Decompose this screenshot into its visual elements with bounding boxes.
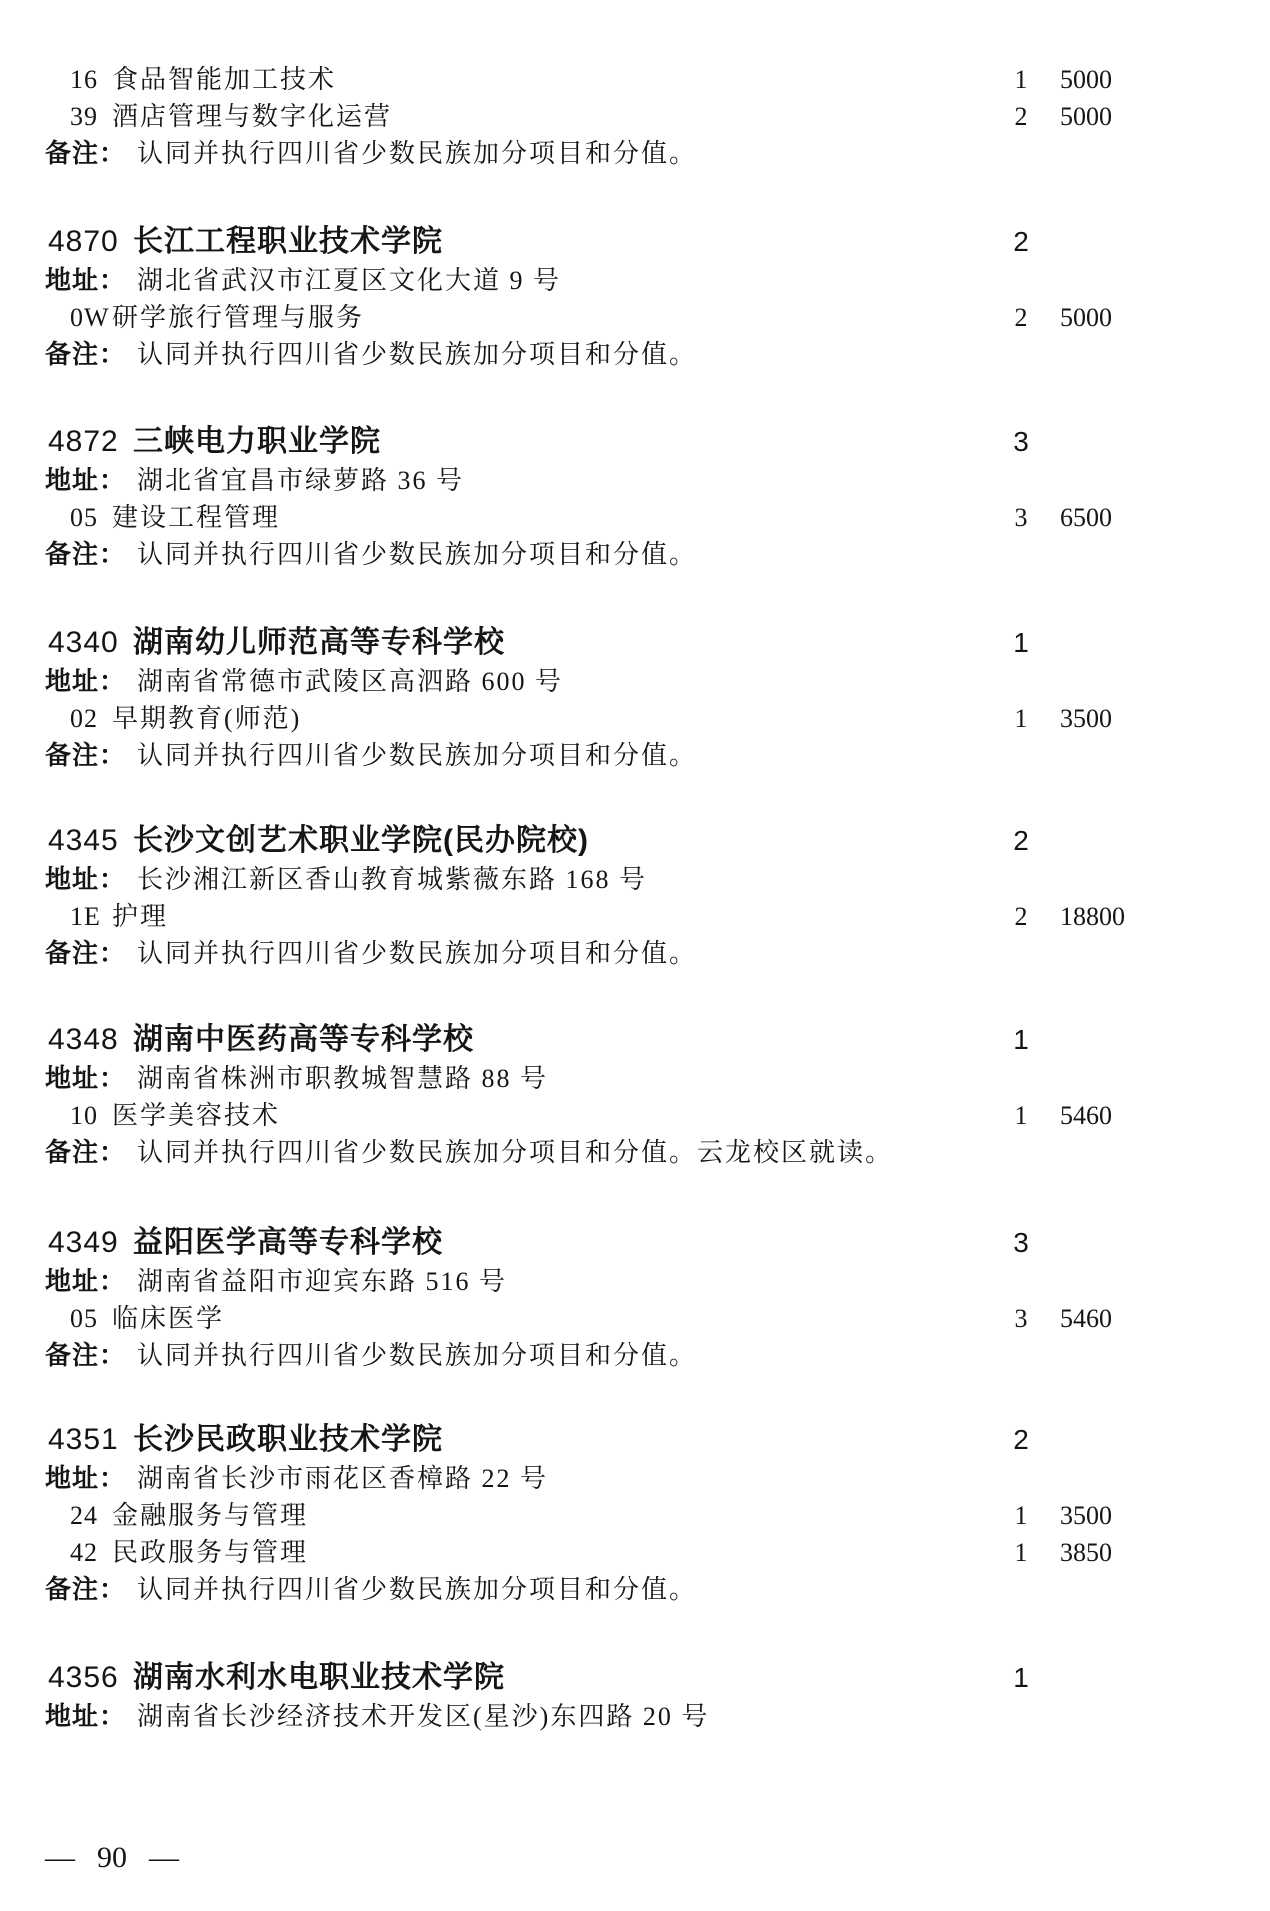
program-name: 酒店管理与数字化运营 bbox=[112, 98, 392, 135]
address-text: 湖南省长沙市雨花区香樟路 22 号 bbox=[137, 1460, 548, 1497]
program-count: 2 bbox=[1000, 898, 1042, 935]
college-block: 4349 益阳医学高等专科学校 3 地址： 湖南省益阳市迎宾东路 516 号 0… bbox=[0, 1223, 1270, 1374]
program-fee: 5000 bbox=[1060, 299, 1112, 336]
program-count: 1 bbox=[1000, 1097, 1042, 1134]
address-row: 地址： 湖北省宜昌市绿萝路 36 号 bbox=[0, 462, 1270, 499]
college-name: 三峡电力职业学院 bbox=[133, 422, 381, 462]
college-name: 长沙民政职业技术学院 bbox=[133, 1420, 443, 1460]
remark-label: 备注： bbox=[45, 1571, 126, 1608]
remark-label: 备注： bbox=[45, 935, 126, 972]
remark-row: 备注： 认同并执行四川省少数民族加分项目和分值。 bbox=[0, 135, 1270, 172]
address-text: 长沙湘江新区香山教育城紫薇东路 168 号 bbox=[137, 861, 647, 898]
program-row: 0W 研学旅行管理与服务 2 5000 bbox=[0, 299, 1270, 336]
college-name: 益阳医学高等专科学校 bbox=[133, 1223, 443, 1263]
address-text: 湖南省益阳市迎宾东路 516 号 bbox=[137, 1263, 507, 1300]
program-code: 1E bbox=[70, 898, 101, 935]
college-name: 湖南幼儿师范高等专科学校 bbox=[133, 623, 505, 663]
remark-row: 备注： 认同并执行四川省少数民族加分项目和分值。云龙校区就读。 bbox=[0, 1134, 1270, 1171]
program-fee: 5000 bbox=[1060, 98, 1112, 135]
college-code: 4870 bbox=[48, 222, 119, 262]
program-fee: 3850 bbox=[1060, 1534, 1112, 1571]
address-row: 地址： 湖南省长沙市雨花区香樟路 22 号 bbox=[0, 1460, 1270, 1497]
address-text: 湖南省株洲市职教城智慧路 88 号 bbox=[137, 1060, 548, 1097]
remark-text: 认同并执行四川省少数民族加分项目和分值。 bbox=[137, 935, 697, 972]
address-label: 地址： bbox=[45, 663, 126, 700]
address-row: 地址： 湖北省武汉市江夏区文化大道 9 号 bbox=[0, 262, 1270, 299]
program-fee: 5000 bbox=[1060, 61, 1112, 98]
remark-text: 认同并执行四川省少数民族加分项目和分值。 bbox=[137, 336, 697, 373]
college-plan-count: 1 bbox=[1000, 623, 1042, 663]
program-code: 24 bbox=[70, 1497, 98, 1534]
program-row: 02 早期教育(师范) 1 3500 bbox=[0, 700, 1270, 737]
college-code: 4351 bbox=[48, 1420, 119, 1460]
college-block: 4356 湖南水利水电职业技术学院 1 地址： 湖南省长沙经济技术开发区(星沙)… bbox=[0, 1658, 1270, 1735]
remark-row: 备注： 认同并执行四川省少数民族加分项目和分值。 bbox=[0, 536, 1270, 573]
college-plan-count: 1 bbox=[1000, 1658, 1042, 1698]
college-block: 4351 长沙民政职业技术学院 2 地址： 湖南省长沙市雨花区香樟路 22 号 … bbox=[0, 1420, 1270, 1608]
college-header-row: 4872 三峡电力职业学院 3 bbox=[0, 422, 1270, 462]
program-count: 2 bbox=[1000, 98, 1042, 135]
address-text: 湖北省宜昌市绿萝路 36 号 bbox=[137, 462, 464, 499]
program-fee: 3500 bbox=[1060, 1497, 1112, 1534]
program-name: 民政服务与管理 bbox=[112, 1534, 308, 1571]
program-count: 1 bbox=[1000, 1534, 1042, 1571]
address-label: 地址： bbox=[45, 861, 126, 898]
program-count: 2 bbox=[1000, 299, 1042, 336]
college-plan-count: 2 bbox=[1000, 222, 1042, 262]
program-fee: 6500 bbox=[1060, 499, 1112, 536]
remark-row: 备注： 认同并执行四川省少数民族加分项目和分值。 bbox=[0, 336, 1270, 373]
footer-page-number: 90 bbox=[97, 1840, 127, 1876]
program-code: 42 bbox=[70, 1534, 98, 1571]
college-header-row: 4345 长沙文创艺术职业学院(民办院校) 2 bbox=[0, 821, 1270, 861]
college-code: 4356 bbox=[48, 1658, 119, 1698]
college-header-row: 4340 湖南幼儿师范高等专科学校 1 bbox=[0, 623, 1270, 663]
remark-row: 备注： 认同并执行四川省少数民族加分项目和分值。 bbox=[0, 1571, 1270, 1608]
college-name: 湖南水利水电职业技术学院 bbox=[133, 1658, 505, 1698]
college-name: 长沙文创艺术职业学院(民办院校) bbox=[133, 821, 589, 861]
program-name: 医学美容技术 bbox=[112, 1097, 280, 1134]
program-count: 3 bbox=[1000, 1300, 1042, 1337]
remark-row: 备注： 认同并执行四川省少数民族加分项目和分值。 bbox=[0, 737, 1270, 774]
remark-row: 备注： 认同并执行四川省少数民族加分项目和分值。 bbox=[0, 935, 1270, 972]
program-name: 研学旅行管理与服务 bbox=[112, 299, 364, 336]
address-text: 湖南省长沙经济技术开发区(星沙)东四路 20 号 bbox=[137, 1698, 709, 1735]
program-code: 05 bbox=[70, 499, 98, 536]
program-row: 39 酒店管理与数字化运营 2 5000 bbox=[0, 98, 1270, 135]
program-name: 早期教育(师范) bbox=[112, 700, 301, 737]
remark-label: 备注： bbox=[45, 536, 126, 573]
remark-label: 备注： bbox=[45, 336, 126, 373]
program-fee: 5460 bbox=[1060, 1097, 1112, 1134]
remark-label: 备注： bbox=[45, 1337, 126, 1374]
footer-dash-right: — bbox=[149, 1840, 179, 1876]
remark-label: 备注： bbox=[45, 1134, 126, 1171]
program-row: 16 食品智能加工技术 1 5000 bbox=[0, 61, 1270, 98]
college-code: 4340 bbox=[48, 623, 119, 663]
program-name: 建设工程管理 bbox=[112, 499, 280, 536]
program-count: 1 bbox=[1000, 700, 1042, 737]
college-plan-count: 3 bbox=[1000, 1223, 1042, 1263]
address-label: 地址： bbox=[45, 1060, 126, 1097]
remark-text: 认同并执行四川省少数民族加分项目和分值。云龙校区就读。 bbox=[137, 1134, 893, 1171]
remark-label: 备注： bbox=[45, 135, 126, 172]
address-text: 湖南省常德市武陵区高泗路 600 号 bbox=[137, 663, 563, 700]
college-header-row: 4870 长江工程职业技术学院 2 bbox=[0, 222, 1270, 262]
address-label: 地址： bbox=[45, 1460, 126, 1497]
program-name: 食品智能加工技术 bbox=[112, 61, 336, 98]
address-label: 地址： bbox=[45, 262, 126, 299]
address-row: 地址： 湖南省常德市武陵区高泗路 600 号 bbox=[0, 663, 1270, 700]
page-footer: — 90 — bbox=[45, 1840, 179, 1876]
college-name: 长江工程职业技术学院 bbox=[133, 222, 443, 262]
address-row: 地址： 长沙湘江新区香山教育城紫薇东路 168 号 bbox=[0, 861, 1270, 898]
address-row: 地址： 湖南省长沙经济技术开发区(星沙)东四路 20 号 bbox=[0, 1698, 1270, 1735]
program-row: 1E 护理 2 18800 bbox=[0, 898, 1270, 935]
program-fee: 5460 bbox=[1060, 1300, 1112, 1337]
address-label: 地址： bbox=[45, 1698, 126, 1735]
program-code: 02 bbox=[70, 700, 98, 737]
program-fee: 3500 bbox=[1060, 700, 1112, 737]
college-code: 4345 bbox=[48, 821, 119, 861]
college-plan-count: 2 bbox=[1000, 821, 1042, 861]
remark-text: 认同并执行四川省少数民族加分项目和分值。 bbox=[137, 1337, 697, 1374]
program-row: 05 建设工程管理 3 6500 bbox=[0, 499, 1270, 536]
college-block: 4870 长江工程职业技术学院 2 地址： 湖北省武汉市江夏区文化大道 9 号 … bbox=[0, 222, 1270, 373]
program-count: 1 bbox=[1000, 1497, 1042, 1534]
college-plan-count: 3 bbox=[1000, 422, 1042, 462]
program-code: 39 bbox=[70, 98, 98, 135]
program-code: 10 bbox=[70, 1097, 98, 1134]
program-row: 05 临床医学 3 5460 bbox=[0, 1300, 1270, 1337]
address-label: 地址： bbox=[45, 1263, 126, 1300]
college-code: 4348 bbox=[48, 1020, 119, 1060]
address-row: 地址： 湖南省株洲市职教城智慧路 88 号 bbox=[0, 1060, 1270, 1097]
remark-text: 认同并执行四川省少数民族加分项目和分值。 bbox=[137, 135, 697, 172]
program-code: 16 bbox=[70, 61, 98, 98]
college-block: 4345 长沙文创艺术职业学院(民办院校) 2 地址： 长沙湘江新区香山教育城紫… bbox=[0, 821, 1270, 972]
college-block: 4348 湖南中医药高等专科学校 1 地址： 湖南省株洲市职教城智慧路 88 号… bbox=[0, 1020, 1270, 1171]
program-name: 金融服务与管理 bbox=[112, 1497, 308, 1534]
program-name: 临床医学 bbox=[112, 1300, 224, 1337]
college-code: 4349 bbox=[48, 1223, 119, 1263]
remark-text: 认同并执行四川省少数民族加分项目和分值。 bbox=[137, 737, 697, 774]
remark-text: 认同并执行四川省少数民族加分项目和分值。 bbox=[137, 1571, 697, 1608]
college-header-row: 4348 湖南中医药高等专科学校 1 bbox=[0, 1020, 1270, 1060]
program-row: 10 医学美容技术 1 5460 bbox=[0, 1097, 1270, 1134]
college-name: 湖南中医药高等专科学校 bbox=[133, 1020, 474, 1060]
remark-row: 备注： 认同并执行四川省少数民族加分项目和分值。 bbox=[0, 1337, 1270, 1374]
college-plan-count: 1 bbox=[1000, 1020, 1042, 1060]
program-name: 护理 bbox=[112, 898, 168, 935]
program-code: 0W bbox=[70, 299, 110, 336]
college-header-row: 4349 益阳医学高等专科学校 3 bbox=[0, 1223, 1270, 1263]
college-block: 4872 三峡电力职业学院 3 地址： 湖北省宜昌市绿萝路 36 号 05 建设… bbox=[0, 422, 1270, 573]
program-count: 3 bbox=[1000, 499, 1042, 536]
address-text: 湖北省武汉市江夏区文化大道 9 号 bbox=[137, 262, 561, 299]
college-header-row: 4351 长沙民政职业技术学院 2 bbox=[0, 1420, 1270, 1460]
address-label: 地址： bbox=[45, 462, 126, 499]
remark-text: 认同并执行四川省少数民族加分项目和分值。 bbox=[137, 536, 697, 573]
document-page: 16 食品智能加工技术 1 5000 39 酒店管理与数字化运营 2 5000 … bbox=[0, 0, 1270, 1911]
remark-label: 备注： bbox=[45, 737, 126, 774]
program-row: 24 金融服务与管理 1 3500 bbox=[0, 1497, 1270, 1534]
college-header-row: 4356 湖南水利水电职业技术学院 1 bbox=[0, 1658, 1270, 1698]
program-row: 42 民政服务与管理 1 3850 bbox=[0, 1534, 1270, 1571]
program-code: 05 bbox=[70, 1300, 98, 1337]
program-fee: 18800 bbox=[1060, 898, 1125, 935]
address-row: 地址： 湖南省益阳市迎宾东路 516 号 bbox=[0, 1263, 1270, 1300]
program-count: 1 bbox=[1000, 61, 1042, 98]
footer-dash-left: — bbox=[45, 1840, 75, 1876]
college-block: 4340 湖南幼儿师范高等专科学校 1 地址： 湖南省常德市武陵区高泗路 600… bbox=[0, 623, 1270, 774]
college-plan-count: 2 bbox=[1000, 1420, 1042, 1460]
college-code: 4872 bbox=[48, 422, 119, 462]
leading-block: 16 食品智能加工技术 1 5000 39 酒店管理与数字化运营 2 5000 … bbox=[0, 61, 1270, 172]
